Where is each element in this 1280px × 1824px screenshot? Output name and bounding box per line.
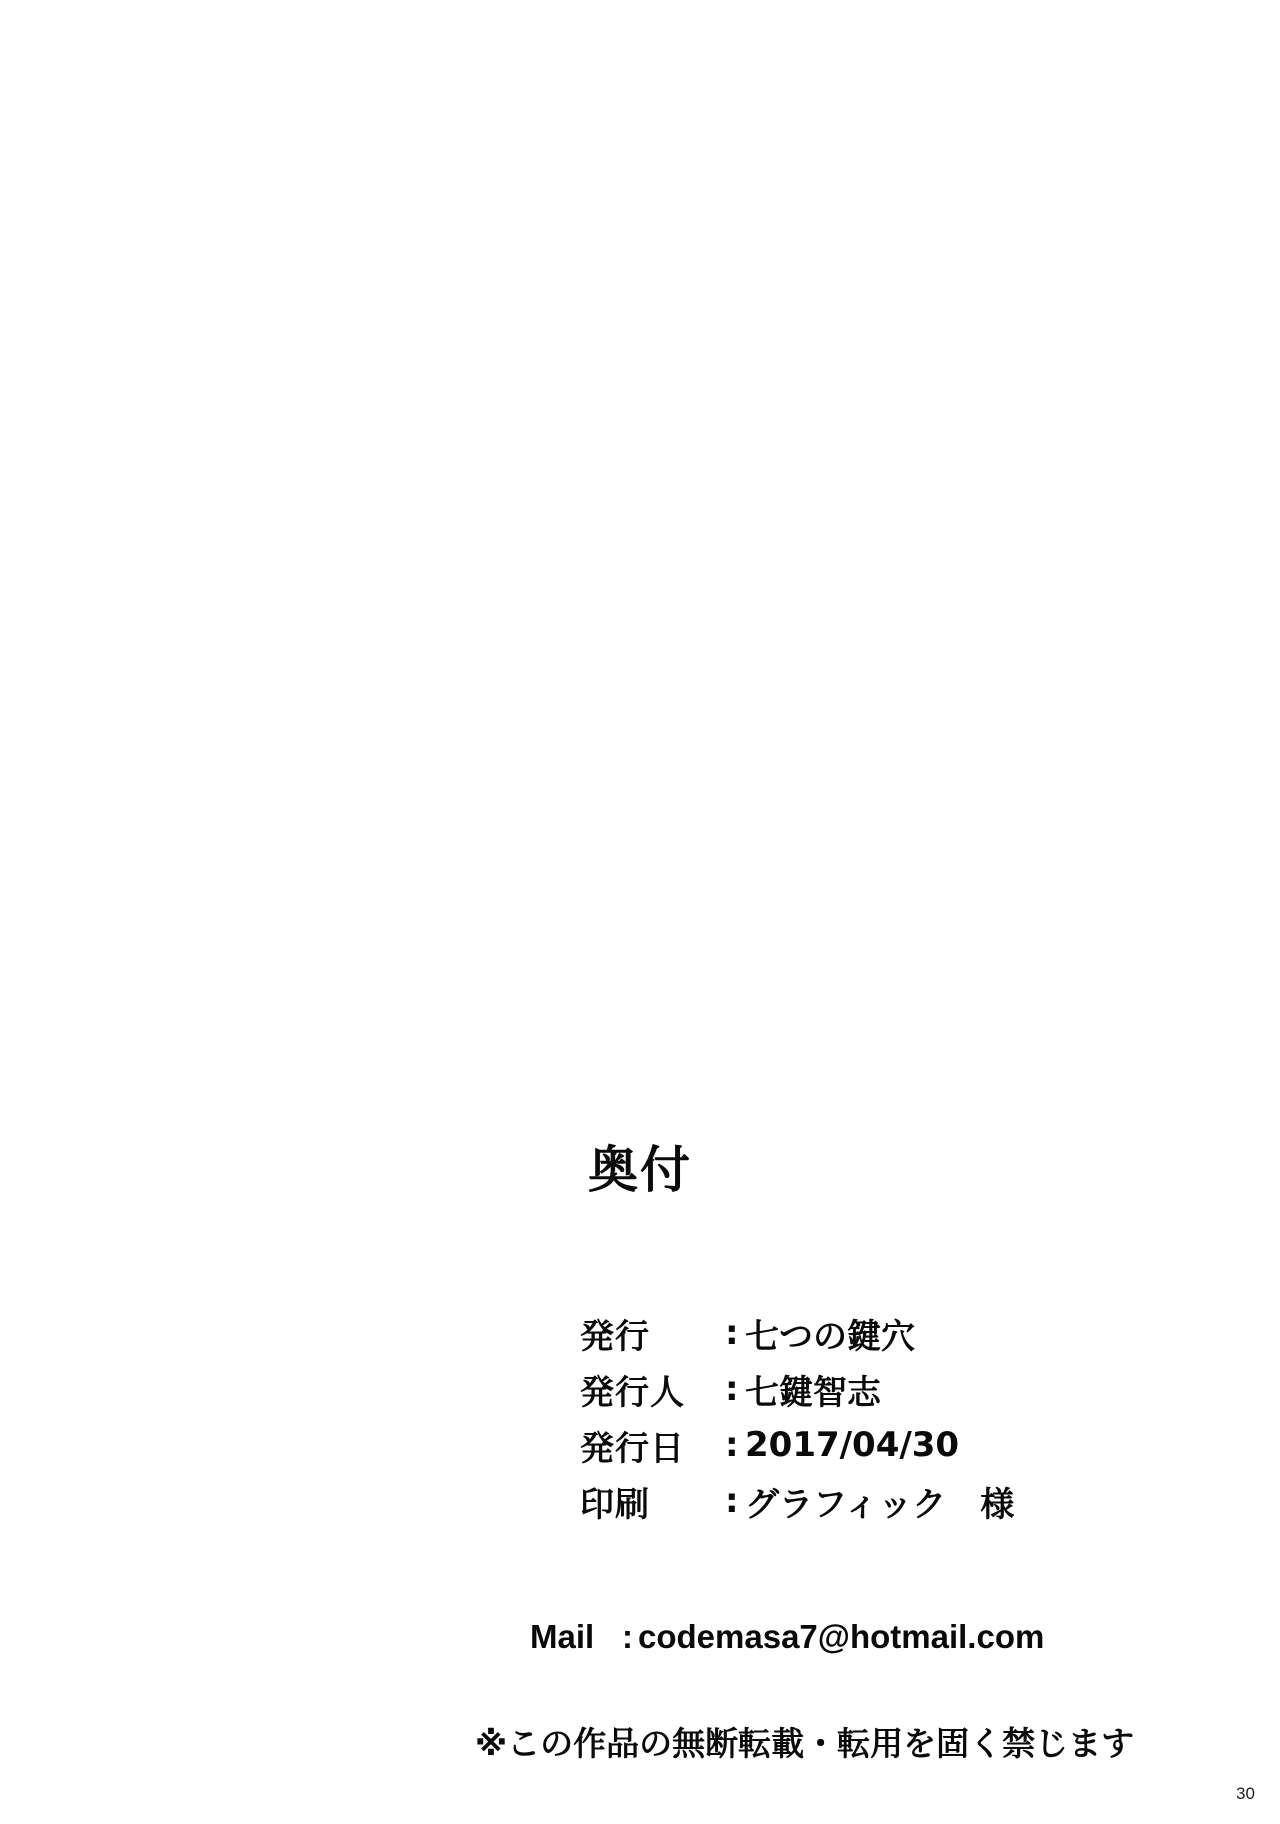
colophon-row-publisher: 発行 : 七つの鍵穴 (580, 1305, 1014, 1361)
row-label: 発行日 (580, 1421, 725, 1470)
row-value: 七鍵智志 (745, 1365, 881, 1414)
colophon-table: 発行 : 七つの鍵穴 発行人 : 七鍵智志 発行日 : 2017/04/30 印… (580, 1305, 1014, 1529)
row-value: グラフィック 様 (745, 1477, 1014, 1526)
colophon-row-printer: 印刷 : グラフィック 様 (580, 1473, 1014, 1529)
row-separator: : (725, 1313, 745, 1353)
colophon-title: 奥付 (0, 1140, 1280, 1200)
mail-line: Mail : codemasa7@hotmail.com (530, 1618, 1044, 1656)
copyright-notice: ※この作品の無断転載・転用を固く禁じます (0, 1718, 1280, 1765)
row-separator: : (725, 1425, 745, 1465)
colophon-row-issuer: 発行人 : 七鍵智志 (580, 1361, 1014, 1417)
row-value: 七つの鍵穴 (745, 1309, 915, 1358)
mail-label: Mail (530, 1618, 622, 1656)
row-separator: : (725, 1481, 745, 1521)
colophon-row-date: 発行日 : 2017/04/30 (580, 1417, 1014, 1473)
row-label: 発行人 (580, 1365, 725, 1414)
mail-separator: : (622, 1618, 638, 1656)
row-separator: : (725, 1369, 745, 1409)
row-value: 2017/04/30 (745, 1425, 959, 1465)
page-number: 30 (1236, 1784, 1255, 1804)
row-label: 印刷 (580, 1477, 725, 1526)
mail-address: codemasa7@hotmail.com (638, 1618, 1044, 1656)
row-label: 発行 (580, 1309, 725, 1358)
